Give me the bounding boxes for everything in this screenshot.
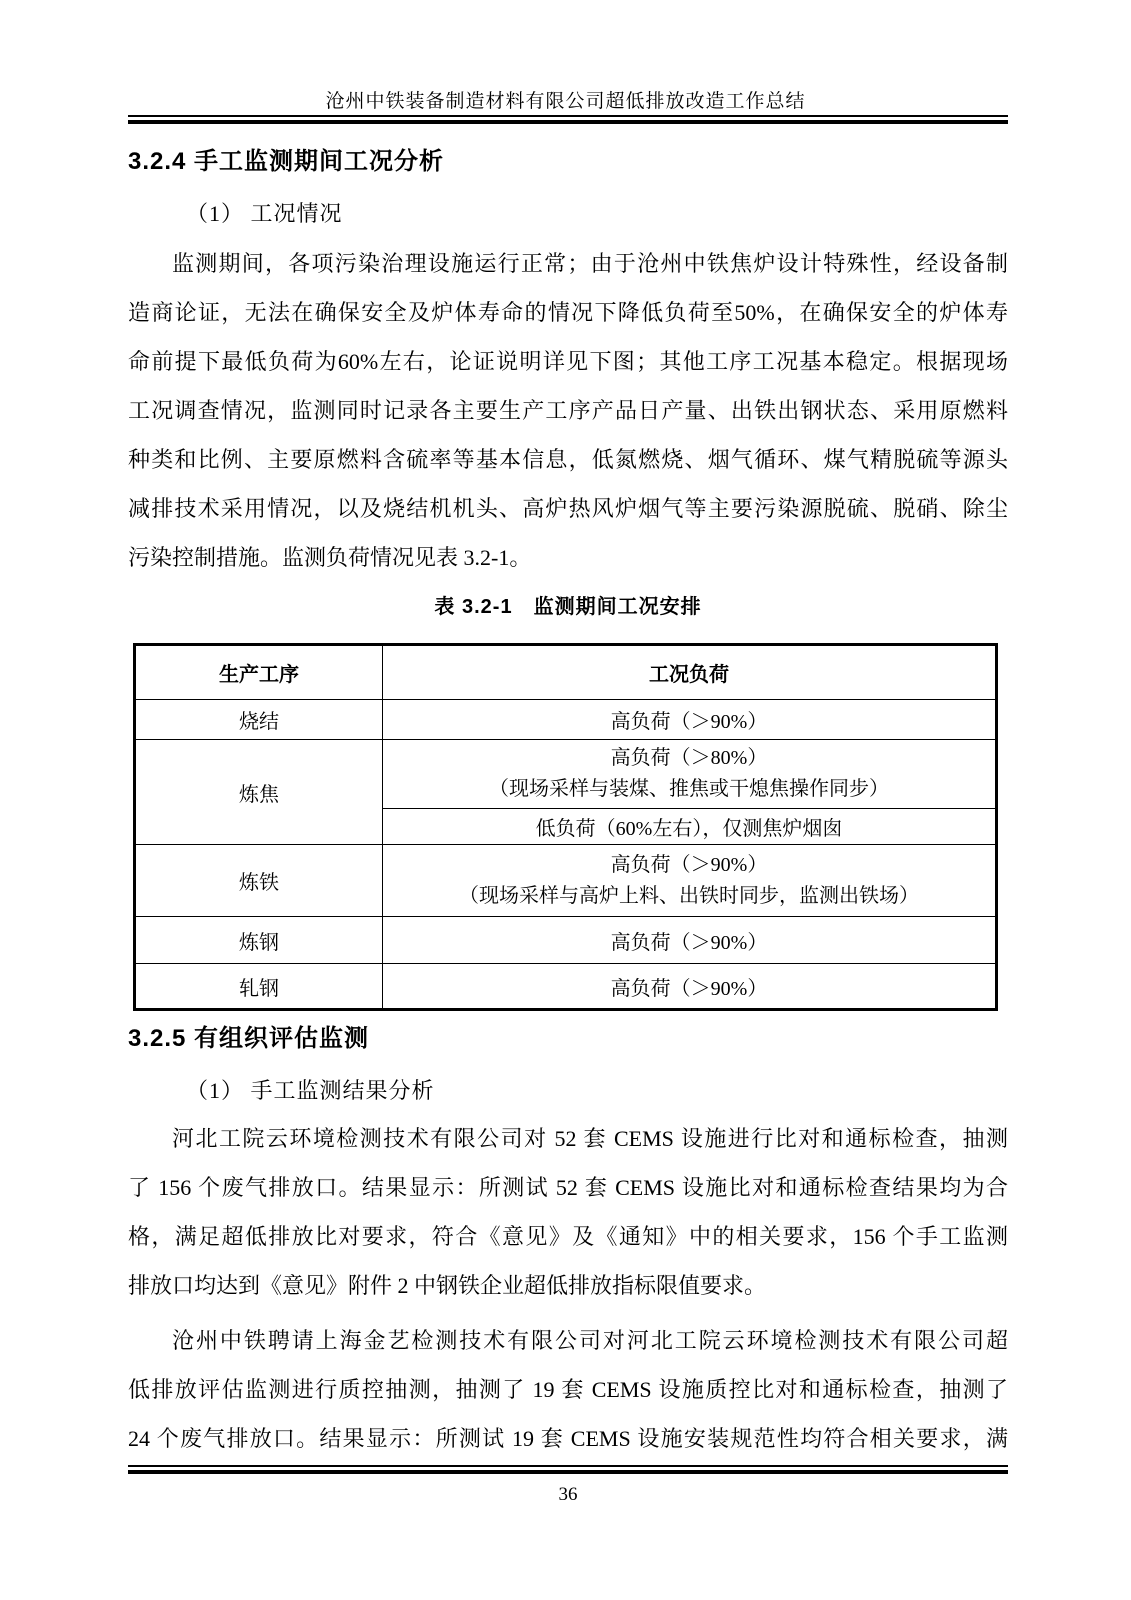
table-cell-load: 低负荷（60%左右），仅测焦炉烟囱 — [383, 809, 997, 845]
paragraph-cems-check: 河北工院云环境检测技术有限公司对 52 套 CEMS 设施进行比对和通标检查，抽… — [128, 1114, 1008, 1310]
table-row: 炼铁 高负荷（＞90%） （现场采样与高炉上料、出铁时同步，监测出铁场） — [135, 845, 997, 917]
table-cell-line: （现场采样与高炉上料、出铁时同步，监测出铁场） — [389, 881, 989, 912]
paragraph-line: 格，满足超低排放比对要求，符合《意见》及《通知》中的相关要求，156 个手工监测 — [128, 1212, 1008, 1261]
paragraph-line: 排放口均达到《意见》附件 2 中钢铁企业超低排放指标限值要求。 — [128, 1261, 1008, 1310]
table-cell-line: 高负荷（＞80%） — [389, 743, 989, 774]
paragraph-line: 种类和比例、主要原燃料含硫率等基本信息，低氮燃烧、烟气循环、煤气精脱硫等源头 — [128, 435, 1008, 484]
table-cell-load: 高负荷（＞90%） — [383, 700, 997, 740]
table-cell-process: 炼铁 — [135, 845, 383, 917]
table-cell-process: 炼焦 — [135, 740, 383, 845]
table-cell-process: 炼钢 — [135, 917, 383, 964]
footer-divider-rule — [128, 1465, 1008, 1474]
table-caption: 表 3.2-1 监测期间工况安排 — [128, 590, 1008, 619]
paragraph-line: 命前提下最低负荷为60%左右，论证说明详见下图；其他工序工况基本稳定。根据现场 — [128, 337, 1008, 386]
table-row: 轧钢 高负荷（＞90%） — [135, 964, 997, 1010]
table-header-load: 工况负荷 — [383, 645, 997, 700]
table-row: 烧结 高负荷（＞90%） — [135, 700, 997, 740]
paragraph-qc-sampling: 沧州中铁聘请上海金艺检测技术有限公司对河北工院云环境检测技术有限公司超 低排放评… — [128, 1316, 1008, 1463]
section-heading-324: 3.2.4 手工监测期间工况分析 — [128, 141, 1008, 176]
paragraph-line: 污染控制措施。监测负荷情况见表 3.2-1。 — [128, 533, 1008, 582]
table-row: 炼钢 高负荷（＞90%） — [135, 917, 997, 964]
paragraph-line: 造商论证，无法在确保安全及炉体寿命的情况下降低负荷至50%，在确保安全的炉体寿 — [128, 288, 1008, 337]
paragraph-line: 河北工院云环境检测技术有限公司对 52 套 CEMS 设施进行比对和通标检查，抽… — [128, 1114, 1008, 1163]
paragraph-line: 了 156 个废气排放口。结果显示：所测试 52 套 CEMS 设施比对和通标检… — [128, 1163, 1008, 1212]
header-divider-rule — [128, 115, 1008, 124]
table-cell-process: 轧钢 — [135, 964, 383, 1010]
document-page: 沧州中铁装备制造材料有限公司超低排放改造工作总结 3.2.4 手工监测期间工况分… — [0, 0, 1131, 1600]
paragraph-line: 监测期间，各项污染治理设施运行正常；由于沧州中铁焦炉设计特殊性，经设备制 — [128, 239, 1008, 288]
subheading-manual-results: （1） 手工监测结果分析 — [128, 1074, 1008, 1105]
paragraph-line: 工况调查情况，监测同时记录各主要生产工序产品日产量、出铁出钢状态、采用原燃料 — [128, 386, 1008, 435]
paragraph-line: 低排放评估监测进行质控抽测，抽测了 19 套 CEMS 设施质控比对和通标检查，… — [128, 1365, 1008, 1414]
monitoring-conditions-table: 生产工序 工况负荷 烧结 高负荷（＞90%） 炼焦 高负荷（＞80%） （现场采… — [133, 643, 998, 1011]
subheading-gongkuang: （1） 工况情况 — [128, 197, 1008, 228]
table-cell-load: 高负荷（＞90%） — [383, 964, 997, 1010]
table-cell-load: 高负荷（＞90%） — [383, 917, 997, 964]
table-cell-process: 烧结 — [135, 700, 383, 740]
table-row: 炼焦 高负荷（＞80%） （现场采样与装煤、推焦或干熄焦操作同步） — [135, 740, 997, 809]
paragraph-line: 24 个废气排放口。结果显示：所测试 19 套 CEMS 设施安装规范性均符合相… — [128, 1414, 1008, 1463]
paragraph-line: 减排技术采用情况，以及烧结机机头、高炉热风炉烟气等主要污染源脱硫、脱硝、除尘 — [128, 484, 1008, 533]
table-cell-load: 高负荷（＞90%） （现场采样与高炉上料、出铁时同步，监测出铁场） — [383, 845, 997, 917]
page-header-title: 沧州中铁装备制造材料有限公司超低排放改造工作总结 — [0, 86, 1131, 113]
table-cell-line: （现场采样与装煤、推焦或干熄焦操作同步） — [389, 774, 989, 805]
section-heading-325: 3.2.5 有组织评估监测 — [128, 1018, 1008, 1053]
table-header-process: 生产工序 — [135, 645, 383, 700]
page-number: 36 — [128, 1484, 1008, 1506]
table-cell-load: 高负荷（＞80%） （现场采样与装煤、推焦或干熄焦操作同步） — [383, 740, 997, 809]
paragraph-monitoring-conditions: 监测期间，各项污染治理设施运行正常；由于沧州中铁焦炉设计特殊性，经设备制 造商论… — [128, 239, 1008, 582]
table-cell-line: 高负荷（＞90%） — [389, 850, 989, 881]
paragraph-line: 沧州中铁聘请上海金艺检测技术有限公司对河北工院云环境检测技术有限公司超 — [128, 1316, 1008, 1365]
table-header-row: 生产工序 工况负荷 — [135, 645, 997, 700]
